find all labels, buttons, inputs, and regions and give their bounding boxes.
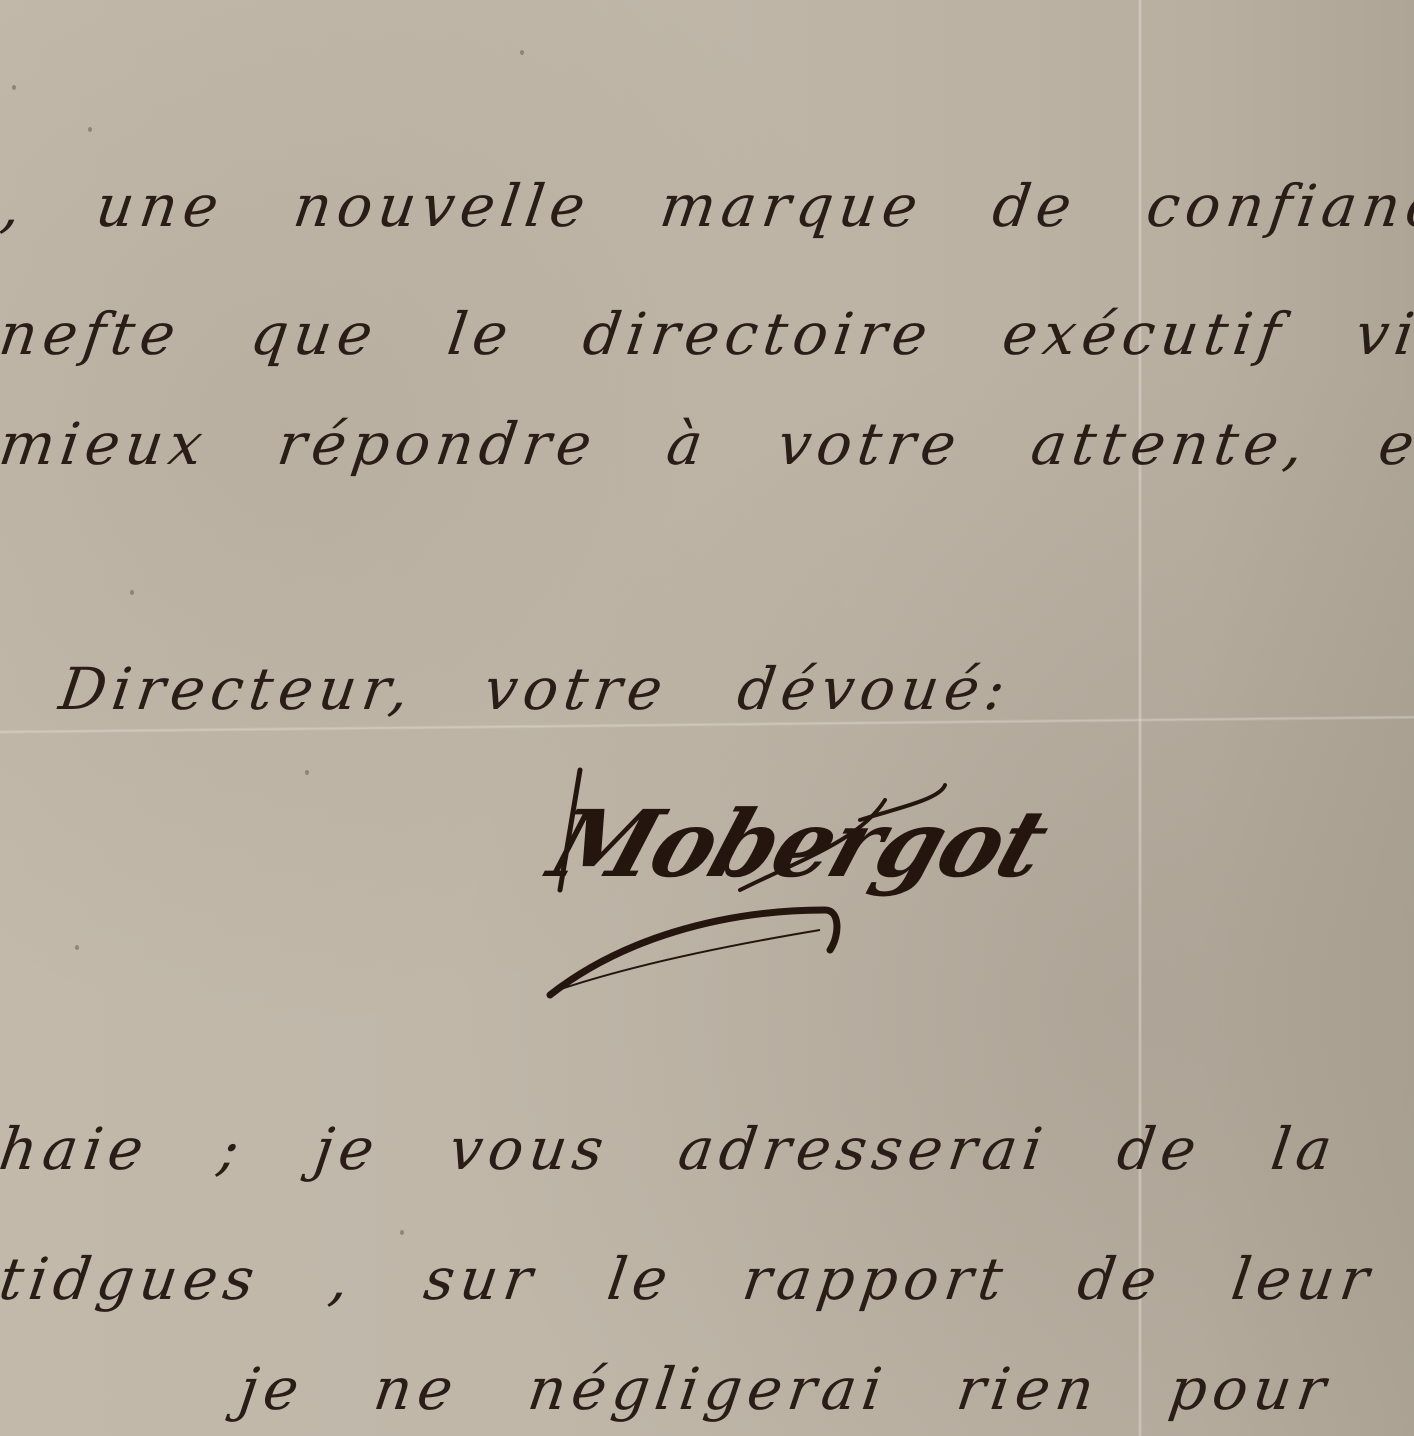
ink-speck <box>12 85 16 90</box>
ink-speck <box>75 945 79 950</box>
letter-line-6: tidgues , sur le rapport de leur <box>0 1245 1379 1313</box>
ink-speck <box>130 590 134 595</box>
signature-flourish-icon <box>540 740 960 1010</box>
letter-line-3: mieux répondre à votre attente, et <box>0 410 1414 478</box>
letter-line-5: haie ; je vous adresserai de la <box>0 1115 1342 1183</box>
ink-speck <box>400 1230 404 1235</box>
letter-line-closing: Directeur, votre dévoué: <box>55 655 1015 723</box>
letter-line-2: nefte que le directoire exécutif vient <box>0 300 1414 368</box>
ink-speck <box>305 770 309 775</box>
letter-line-1: , une nouvelle marque de confiance <box>0 172 1414 240</box>
ink-speck <box>520 50 524 55</box>
letter-line-7: je ne négligerai rien pour <box>235 1355 1336 1423</box>
ink-speck <box>88 127 92 132</box>
